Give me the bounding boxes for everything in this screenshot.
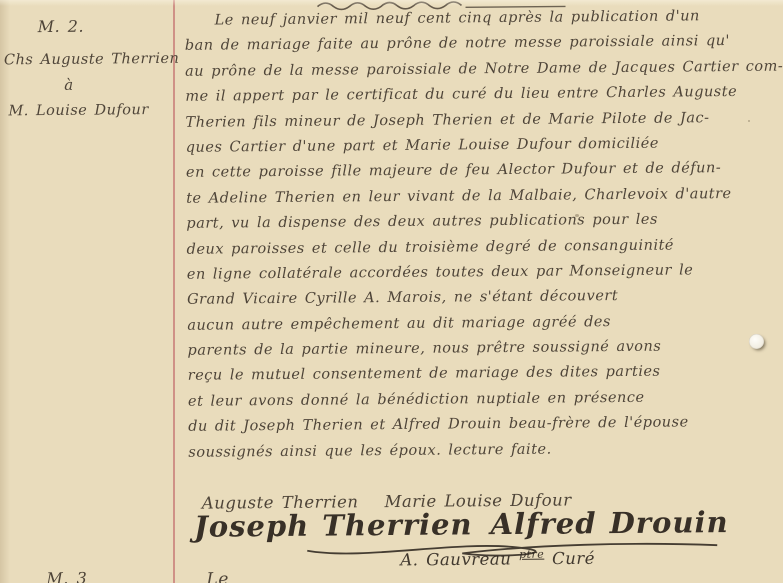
priest-title: Curé: [552, 549, 595, 568]
ink-speck: [575, 214, 579, 217]
priest-title-abbrev: ptre: [519, 548, 544, 561]
act-text: Le neuf janvier mil neuf cent cinq après…: [185, 4, 783, 466]
handwritten-content: M. 2. Chs Auguste Therrien à M. Louise D…: [0, 0, 783, 583]
record-line: te Adeline Therien en leur vivant de la …: [186, 181, 780, 212]
margin-annotations: M. 2. Chs Auguste Therrien à M. Louise D…: [0, 12, 170, 119]
record-number: M. 2.: [38, 16, 170, 36]
scanned-register-page: M. 2. Chs Auguste Therrien à M. Louise D…: [0, 0, 783, 583]
priest-name: A. Gauvreau: [400, 549, 511, 569]
record-line: Therien fils mineur de Joseph Therien et…: [185, 105, 779, 136]
margin-bride-name: M. Louise Dufour: [8, 102, 170, 119]
next-record-number: M. 3: [46, 569, 87, 583]
signature-father: Joseph Therrien: [194, 507, 473, 543]
record-line: soussignés ainsi que les époux. lecture …: [188, 435, 782, 466]
next-record-fragment: Le: [206, 569, 229, 583]
margin-conjunction: à: [64, 75, 170, 94]
signature-witness: Alfred Drouin: [490, 505, 728, 541]
signature-priest: A. Gauvreau ptre Curé: [400, 547, 595, 569]
margin-groom-name: Chs Auguste Therrien: [4, 51, 170, 68]
signature-row-witnesses: Joseph TherrienAlfred Drouin: [194, 505, 729, 544]
hole-punch: [749, 334, 764, 349]
ink-speck: [748, 120, 750, 122]
